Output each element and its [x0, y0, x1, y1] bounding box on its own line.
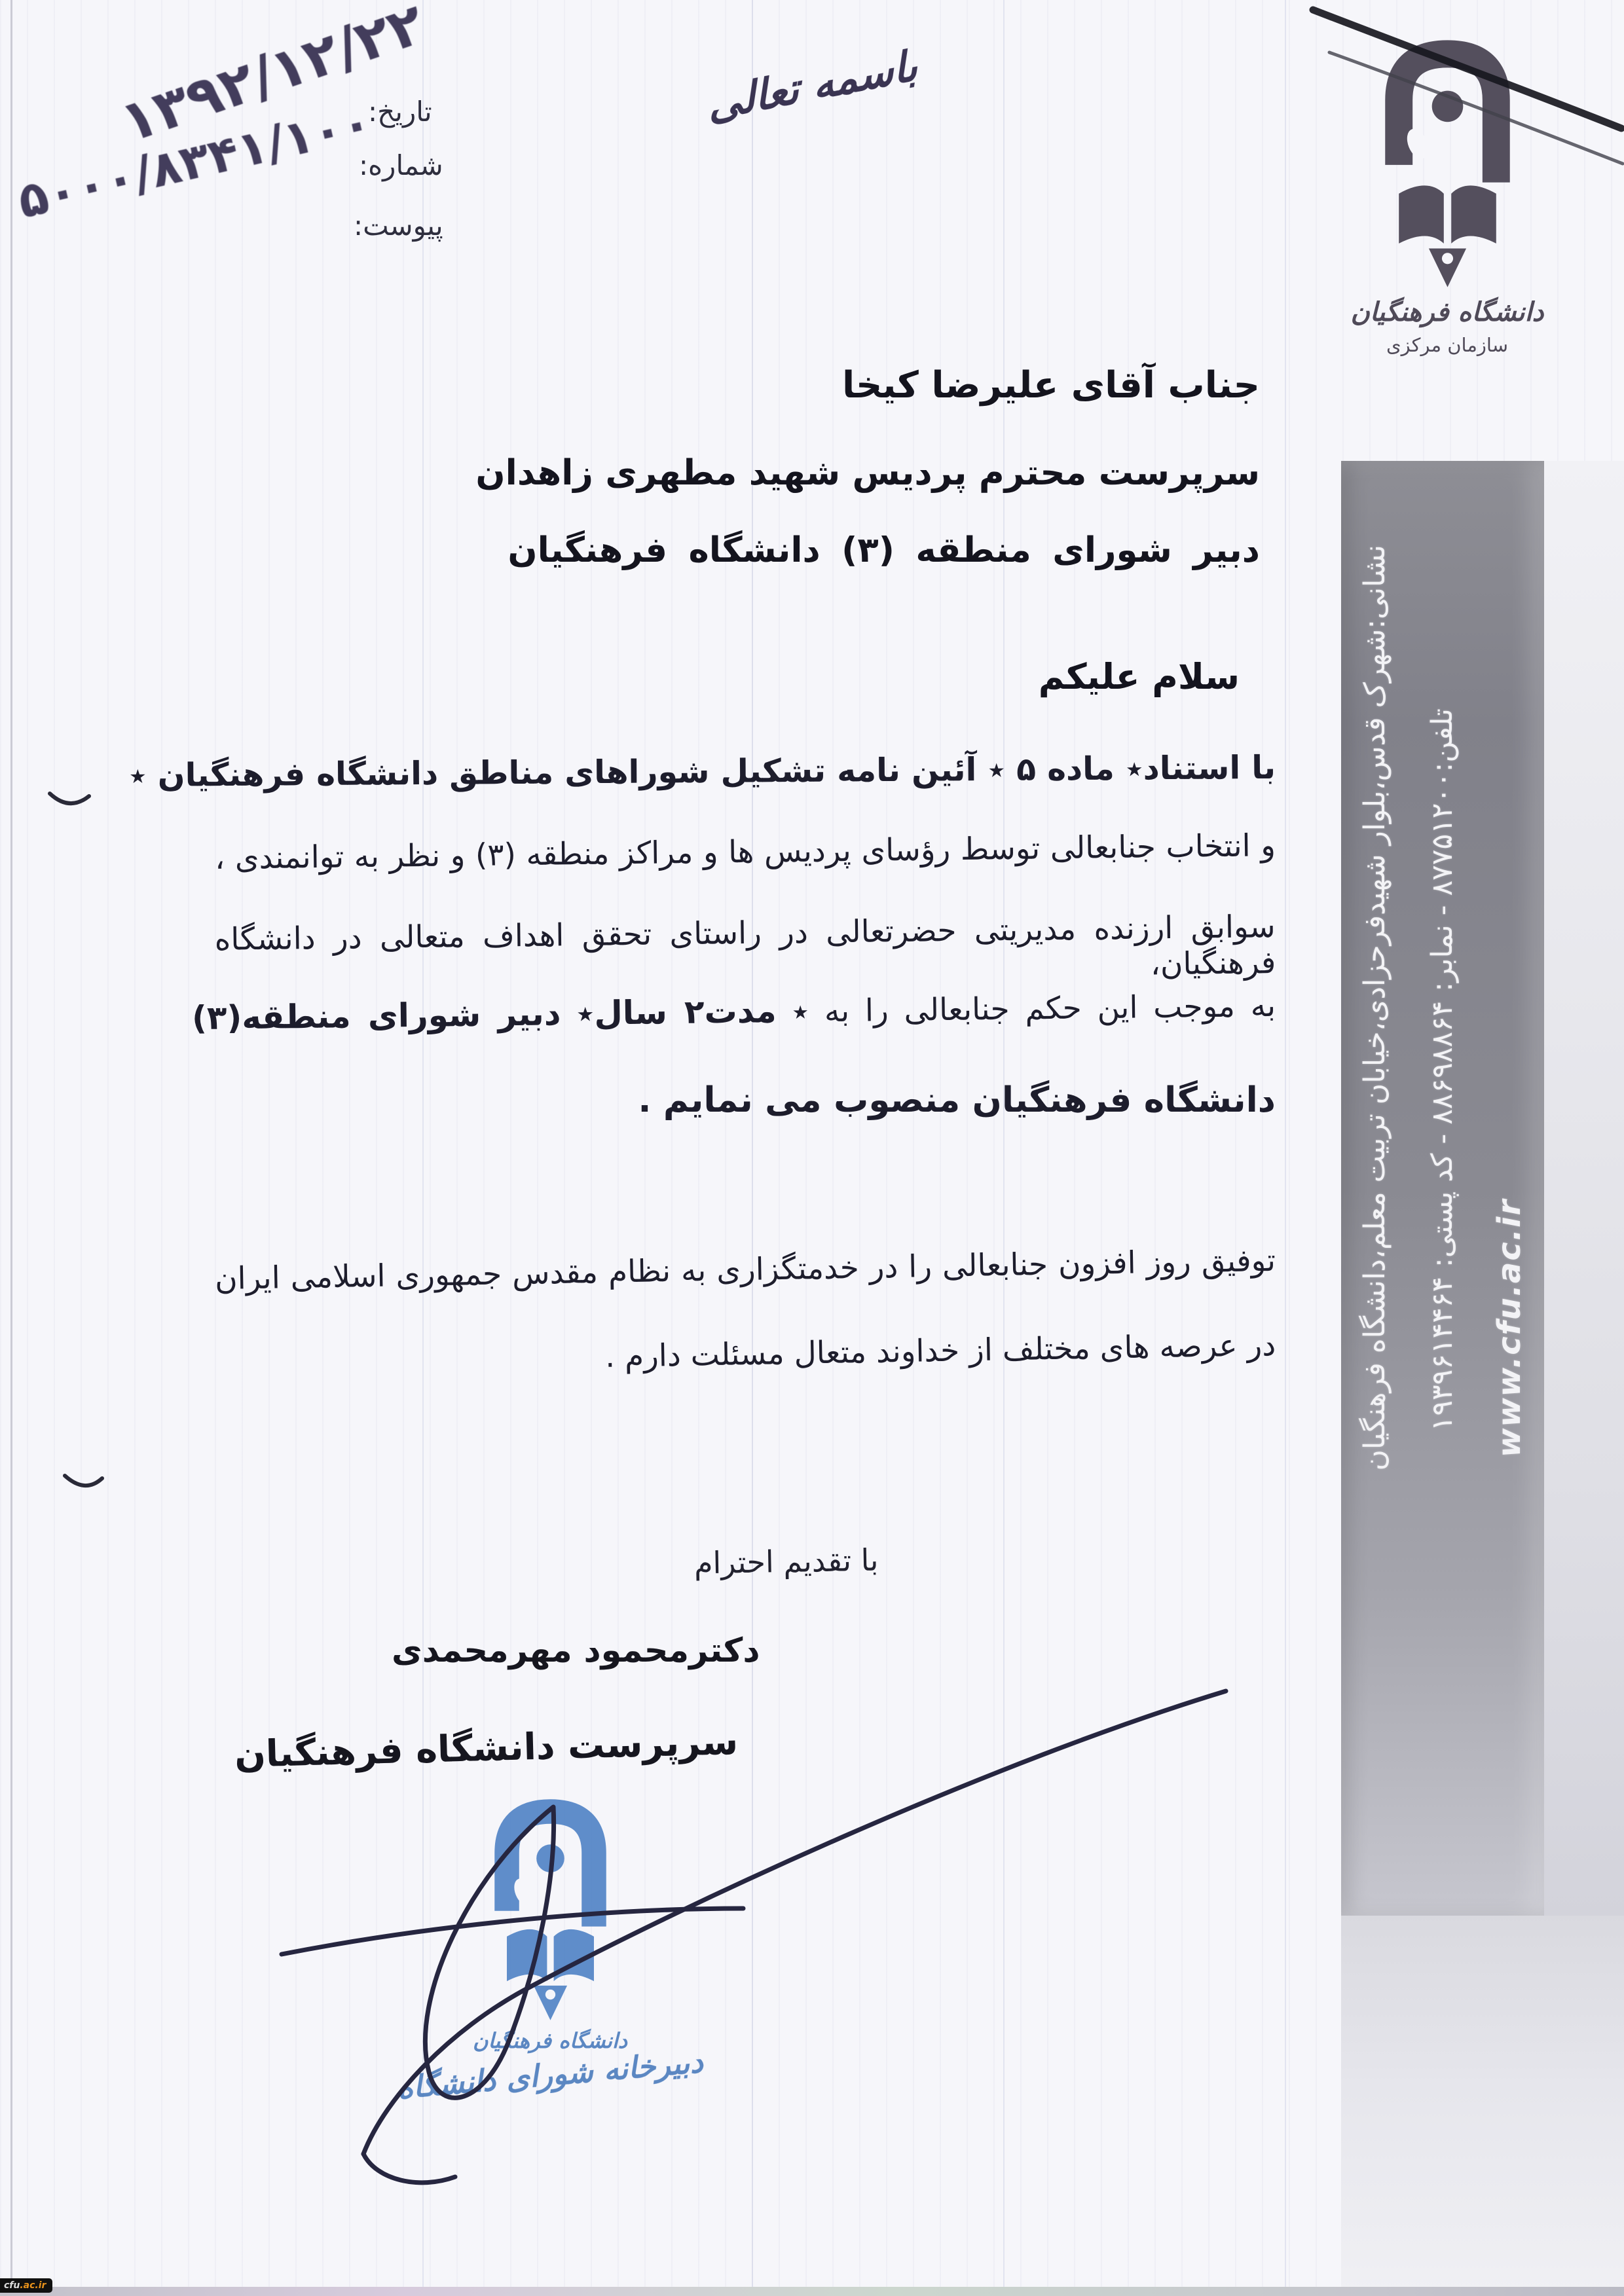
body-paragraph2-line-1: توفیق روز افزون جنابعالی را در خدمتگزاری… — [215, 1243, 1276, 1297]
body-line-1: با استناد٭ ماده ۵ ٭ آئین نامه تشکیل شورا… — [129, 749, 1276, 794]
scan-streak — [752, 0, 753, 2296]
contact-sidebar-band: نشانی:شهرک قدس،بلوار شهیدفرحزادی،خیابان … — [1341, 461, 1544, 1916]
date-label: تاریخ: — [368, 96, 432, 128]
punch-mark-icon — [50, 793, 89, 803]
registry-stamp: دانشگاه فرهنگیان دبیرخانه شورای دانشگاه — [373, 1793, 727, 2092]
signatory-name: دکترمحمود مهرمحمدی — [392, 1631, 760, 1670]
body-line-4-normal: به موجب این حکم جنابعالی را به ٭ — [792, 988, 1276, 1030]
logo-org-name: دانشگاه فرهنگیان — [1342, 297, 1552, 327]
body-line-3: سوابق ارزنده مدیریتی حضرتعالی در راستای … — [214, 909, 1276, 994]
scan-bottom-edge — [0, 2287, 1624, 2296]
cfu-watermark: cfu .ac.ir — [0, 2278, 52, 2293]
stamp-logo-icon — [483, 1793, 618, 2027]
contact-website: www.cfu.ac.ir — [1476, 461, 1543, 1916]
scan-left-edge — [10, 0, 12, 2296]
scan-gray-edge — [1544, 461, 1624, 1916]
attachment-label: پیوست: — [354, 210, 443, 242]
body-line-4-star: ٭ — [576, 994, 595, 1032]
contact-sidebar-rotated-text: نشانی:شهرک قدس،بلوار شهیدفرحزادی،خیابان … — [1341, 461, 1544, 1916]
contact-phone-fax-postal: تلفن:۸۷۷۵۱۲۰۰ - نمابر: ۸۸۶۹۸۸۶۴ - کد پست… — [1409, 461, 1476, 1916]
body-line-4: به موجب این حکم جنابعالی را به ٭ مدت۲ سا… — [192, 986, 1276, 1037]
contact-address: نشانی:شهرک قدس،بلوار شهیدفرحزادی،خیابان … — [1341, 461, 1409, 1916]
punch-mark-icon — [65, 1476, 102, 1485]
scan-gray-corner — [1341, 1916, 1624, 2296]
farhangian-university-logo-icon — [1371, 33, 1524, 295]
closing-phrase: با تقدیم احترام — [694, 1542, 879, 1581]
watermark-prefix: cfu — [4, 2280, 20, 2291]
body-paragraph2-line-2: در عرصه های مختلف از خداوند متعال مسئلت … — [604, 1327, 1276, 1375]
university-logo-block: دانشگاه فرهنگیان سازمان مرکزی — [1342, 33, 1552, 356]
body-line-5: دانشگاه فرهنگیان منصوب می نمایم . — [638, 1080, 1276, 1120]
body-line-4-bold-role: دبیر شورای منطقه(۳) — [192, 994, 561, 1037]
body-line-4-bold-duration: مدت۲ سال — [594, 992, 777, 1032]
signatory-title: سرپرست دانشگاه فرهنگیان — [234, 1721, 739, 1776]
scan-streak — [1003, 0, 1005, 2296]
recipient-name-line: جناب آقای علیرضا کیخا — [842, 364, 1260, 407]
body-line-2: و انتخاب جنابعالی توسط رؤسای پردیس ها و … — [215, 828, 1276, 877]
watermark-suffix: .ac.ir — [20, 2280, 46, 2291]
logo-org-sub: سازمان مرکزی — [1342, 334, 1552, 356]
scanned-letter-page: تاریخ: شماره: پیوست: ۱۳۹۲/۱۲/۲۲ ۵۰۰۰/۸۳۴… — [0, 0, 1624, 2296]
scan-streak — [1285, 0, 1286, 2296]
salutation: سلام علیکم — [1039, 656, 1240, 697]
recipient-title-line: سرپرست محترم پردیس شهید مطهری زاهدان — [475, 453, 1260, 493]
recipient-role-line: دبیر شورای منطقه (۳) دانشگاه فرهنگیان — [507, 530, 1260, 570]
basmala-calligraphy: باسمه تعالی — [706, 41, 919, 130]
number-label: شماره: — [359, 149, 443, 181]
